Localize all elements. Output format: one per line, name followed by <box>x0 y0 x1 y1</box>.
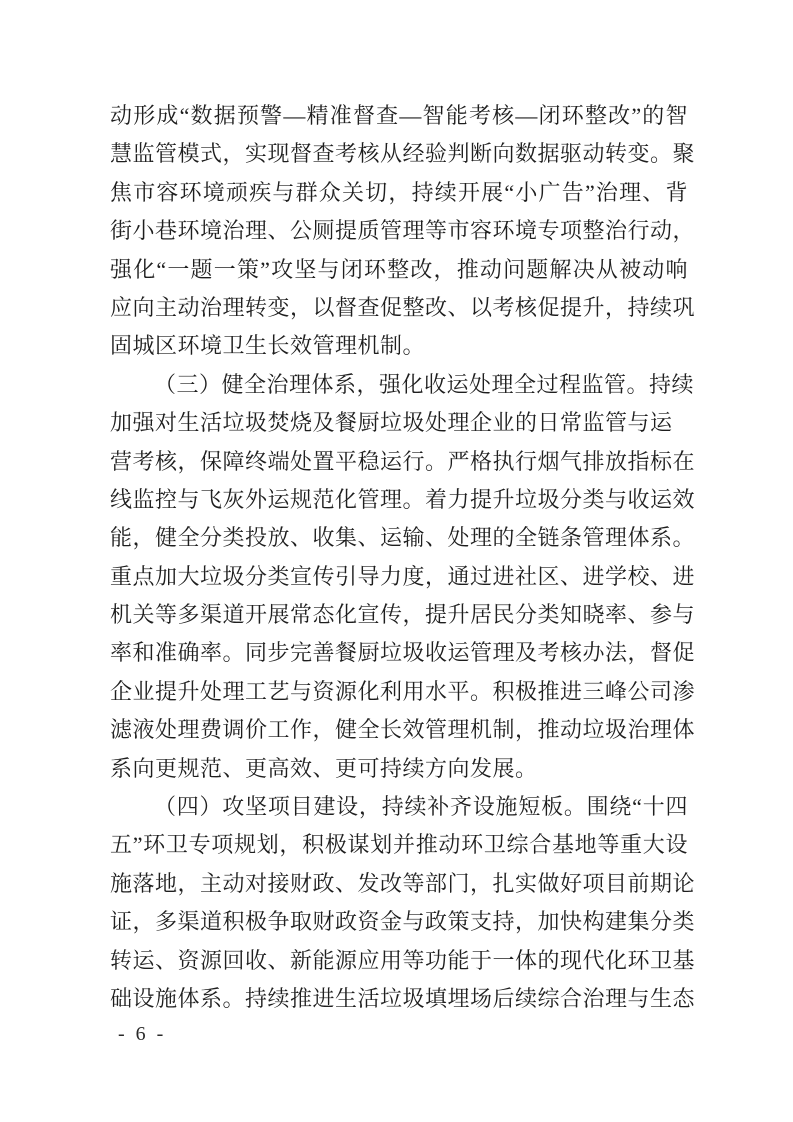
text-line: 线监控与飞灰外运规范化管理。着力提升垃圾分类与收运效 <box>110 481 688 519</box>
text-line: 加强对生活垃圾焚烧及餐厨垃圾处理企业的日常监管与运 <box>110 404 688 442</box>
text-line: 证，多渠道积极争取财政资金与政策支持，加快构建集分类 <box>110 903 688 941</box>
text-line: 强化“一题一策”攻坚与闭环整改，推动问题解决从被动响 <box>110 251 688 289</box>
text-line: 率和准确率。同步完善餐厨垃圾收运管理及考核办法，督促 <box>110 634 688 672</box>
text-line: 慧监管模式，实现督查考核从经验判断向数据驱动转变。聚 <box>110 135 688 173</box>
text-line: 企业提升处理工艺与资源化利用水平。积极推进三峰公司渗 <box>110 673 688 711</box>
paragraph: 动形成“数据预警—精准督查—智能考核—闭环整改”的智慧监管模式，实现督查考核从经… <box>110 97 688 366</box>
text-line: 能，健全分类投放、收集、运输、处理的全链条管理体系。 <box>110 519 688 557</box>
text-line: 焦市容环境顽疾与群众关切，持续开展“小广告”治理、背 <box>110 174 688 212</box>
text-line: 重点加大垃圾分类宣传引导力度，通过进社区、进学校、进 <box>110 558 688 596</box>
document-body: 动形成“数据预警—精准督查—智能考核—闭环整改”的智慧监管模式，实现督查考核从经… <box>110 97 688 1018</box>
text-line: 滤液处理费调价工作，健全长效管理机制，推动垃圾治理体 <box>110 711 688 749</box>
paragraph: （四）攻坚项目建设，持续补齐设施短板。围绕“十四五”环卫专项规划，积极谋划并推动… <box>110 788 688 1018</box>
text-line: 街小巷环境治理、公厕提质管理等市容环境专项整治行动， <box>110 212 688 250</box>
text-line: 础设施体系。持续推进生活垃圾填埋场后续综合治理与生态 <box>110 980 688 1018</box>
text-line: 转运、资源回收、新能源应用等功能于一体的现代化环卫基 <box>110 942 688 980</box>
text-line: 动形成“数据预警—精准督查—智能考核—闭环整改”的智 <box>110 97 688 135</box>
page-number: - 6 - <box>118 1022 166 1046</box>
text-line: 机关等多渠道开展常态化宣传，提升居民分类知晓率、参与 <box>110 596 688 634</box>
text-line: 营考核，保障终端处置平稳运行。严格执行烟气排放指标在 <box>110 443 688 481</box>
text-line: （三）健全治理体系，强化收运处理全过程监管。持续 <box>110 366 688 404</box>
text-line: 系向更规范、更高效、更可持续方向发展。 <box>110 750 688 788</box>
text-line: 五”环卫专项规划，积极谋划并推动环卫综合基地等重大设 <box>110 826 688 864</box>
text-line: （四）攻坚项目建设，持续补齐设施短板。围绕“十四 <box>110 788 688 826</box>
text-line: 施落地，主动对接财政、发改等部门，扎实做好项目前期论 <box>110 865 688 903</box>
document-page: 动形成“数据预警—精准督查—智能考核—闭环整改”的智慧监管模式，实现督查考核从经… <box>0 0 793 1122</box>
paragraph: （三）健全治理体系，强化收运处理全过程监管。持续加强对生活垃圾焚烧及餐厨垃圾处理… <box>110 366 688 788</box>
text-line: 固城区环境卫生长效管理机制。 <box>110 327 688 365</box>
text-line: 应向主动治理转变，以督查促整改、以考核促提升，持续巩 <box>110 289 688 327</box>
